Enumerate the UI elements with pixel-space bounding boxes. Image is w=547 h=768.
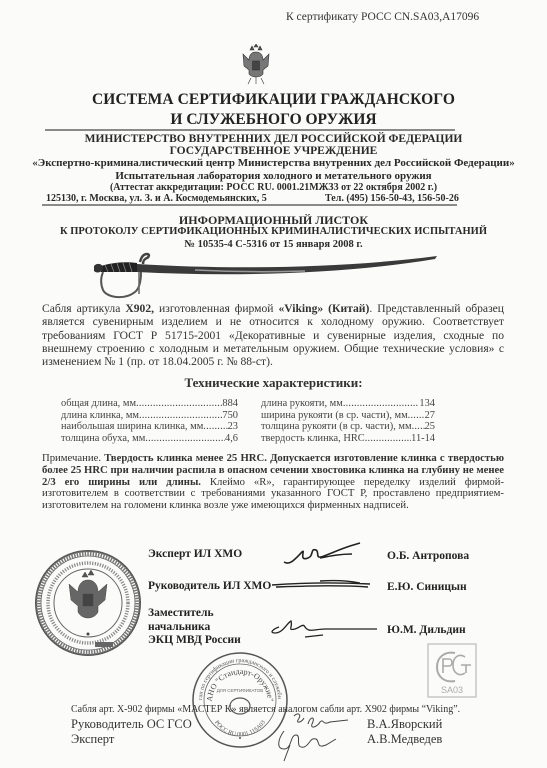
specs-left-column: общая длина, мм884 длина клинка, мм750 н… — [61, 398, 238, 444]
system-title: СИСТЕМА СЕРТИФИКАЦИИ ГРАЖДАНСКОГО — [0, 91, 547, 109]
note: Примечание. Твердость клинка менее 25 HR… — [42, 453, 504, 512]
os-expert-name: А.В.Медведев — [367, 732, 442, 747]
header-divider — [45, 129, 455, 131]
spec-row: наибольшая ширина клинка, мм 23 — [61, 421, 238, 433]
organization-divider — [42, 204, 457, 206]
laboratory-name: Испытательная лаборатория холодного и ме… — [0, 170, 547, 182]
signatory-name-head: Е.Ю. Синицын — [387, 581, 467, 593]
signature-deputy — [265, 615, 380, 640]
os-head-role: Руководитель ОС ГСО — [71, 717, 192, 732]
svg-text:РОСС RU.0001.11SA03: РОСС RU.0001.11SA03 — [213, 720, 267, 738]
spec-row: толщина рукояти (в ср. части), мм 25 — [261, 421, 435, 433]
pct-conformity-mark-icon: SA03 — [427, 643, 477, 698]
spec-row: толщина обуха, мм4,6 — [61, 433, 238, 445]
institution-type: ГОСУДАРСТВЕННОЕ УЧРЕЖДЕНИЕ — [0, 145, 547, 157]
protocol-number: № 10535-4 С-5316 от 15 января 2008 г. — [0, 239, 547, 250]
certificate-reference: К сертификату РОСС CN.SA03,A17096 — [286, 11, 547, 23]
svg-text:SA03: SA03 — [441, 685, 463, 695]
specs-title: Технические характеристики: — [0, 375, 547, 391]
spec-row: общая длина, мм884 — [61, 398, 238, 410]
signatory-role-deputy: Заместитель начальника ЭКЦ МВД России — [148, 607, 258, 648]
spec-row: длина клинка, мм750 — [61, 410, 238, 422]
spec-row: твердость клинка, HRC 11-14 — [261, 433, 435, 445]
signature-head — [270, 577, 375, 591]
analog-note: Сабля арт. Х-902 фирмы «МАСТЕР К» являет… — [71, 704, 460, 715]
svg-text:ДЛЯ СЕРТИФИКАТОВ: ДЛЯ СЕРТИФИКАТОВ — [217, 688, 264, 693]
document-subtitle: К ПРОТОКОЛУ СЕРТИФИКАЦИОННЫХ КРИМИНАЛИСТ… — [0, 226, 547, 237]
phone: Тел. (495) 156-50-43, 156-50-26 — [325, 193, 459, 204]
os-head-name: В.А.Яворский — [367, 717, 442, 732]
specs-right-column: длина рукояти, мм 134 ширина рукояти (в … — [261, 398, 435, 444]
official-seal-icon — [33, 548, 143, 658]
signature-expert — [280, 540, 365, 570]
spec-row: длина рукояти, мм 134 — [261, 398, 435, 410]
center-name: «Экспертно-криминалистический центр Мини… — [0, 157, 547, 169]
signatory-role-head: Руководитель ИЛ ХМО — [148, 580, 271, 592]
os-expert-role: Эксперт — [71, 732, 114, 747]
address: 125130, г. Москва, ул. З. и А. Космодемь… — [46, 193, 267, 204]
signatory-role-expert: Эксперт ИЛ ХМО — [148, 548, 242, 560]
system-title-line-2: И СЛУЖЕБНОГО ОРУЖИЯ — [0, 111, 547, 129]
accreditation: (Аттестат аккредитации: РОСС RU. 0001.21… — [0, 182, 547, 193]
ministry-name: МИНИСТЕРСТВО ВНУТРЕННИХ ДЕЛ РОССИЙСКОЙ Ф… — [0, 133, 547, 145]
product-description: Сабля артикула X902, изготовленная фирмо… — [42, 302, 504, 368]
sabre-icon — [85, 250, 445, 310]
signature-os-expert — [270, 725, 340, 763]
spec-row: ширина рукояти (в ср. части), мм 27 — [261, 410, 435, 422]
signatory-name-deputy: Ю.М. Дильдин — [387, 624, 466, 636]
signatory-name-expert: О.Б. Антропова — [387, 550, 469, 562]
russian-coat-of-arms-icon — [240, 44, 272, 86]
